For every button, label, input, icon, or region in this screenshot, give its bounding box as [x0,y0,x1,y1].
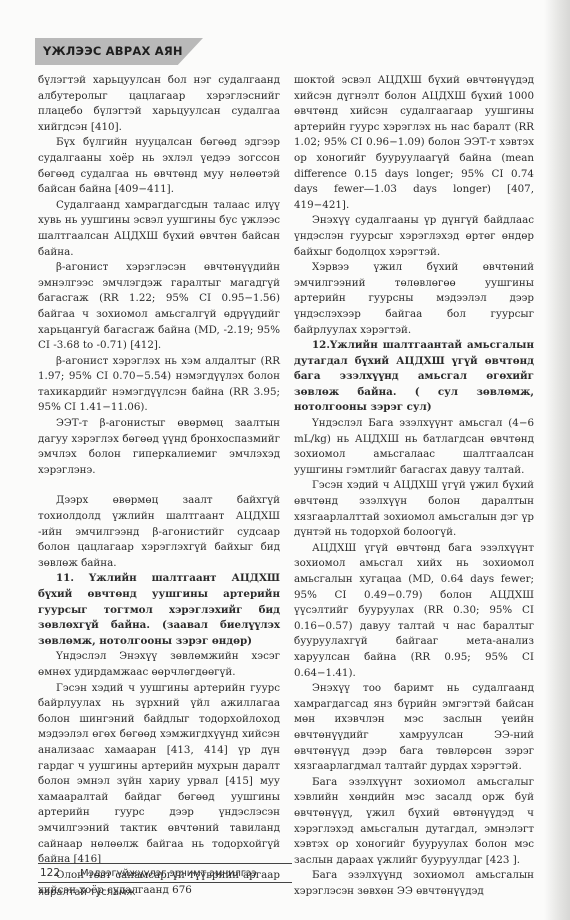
paragraph: Бүх бүлгийн нууцалсан бөгөөд эдгээр суда… [38,135,280,197]
paragraph: Үндэслэл Бага эзэлхүүнт амьсгал (4−6 mL/… [294,416,534,478]
section-title: ҮЖЛЭЭС АВРАХ АЯН [43,44,183,58]
paragraph: Бага эзэлхүүнд зохиомол амьсгалын хэрэгл… [294,868,534,899]
paragraph: β-агонист хэрэглэх нь хэм алдалтыг (RR 1… [38,354,280,416]
paragraph: Гэсэн хэдий ч АЦДХШ үгүй үжил бүхий өвчт… [294,478,534,540]
section-header-tab: ҮЖЛЭЭС АВРАХ АЯН [35,38,203,65]
paragraph: Дээрх өвөрмөц заалт байхгүй тохиолдолд ү… [38,493,280,571]
recommendation-heading-12: 12.Үжлийн шалтгаантай амьсгалын дутагдал… [294,338,534,416]
paragraph: ЭЭТ-т β-агонистыг өвөрмөц заалтын дагуу … [38,416,280,478]
paragraph: Энэхүү судалгааны үр дүнгүй байдлаас үнд… [294,213,534,260]
left-text-column: бүлэгтэй харьцуулсан бол нэг судалгаанд … [38,73,280,899]
page-number: 122 [38,864,80,882]
paragraph: Бага эзэлхүүнт зохиомол амьсгалыг хэвлий… [294,775,534,869]
right-text-column: шоктой эсвэл АЦДХШ бүхий өвчтөнүүдэд хий… [294,73,534,899]
paragraph: Хэрвээ үжил бүхий өвчтөний эмчилгээний т… [294,260,534,338]
paragraph: Судалгаанд хамрагдагсдын талаас илүү хув… [38,198,280,260]
paragraph: Энэхүү тоо баримт нь судалгаанд хамрагда… [294,681,534,775]
paragraph: шоктой эсвэл АЦДХШ бүхий өвчтөнүүдэд хий… [294,73,534,213]
paragraph: β-агонист хэрэглэсэн өвчтөнүүдийн эмнэлг… [38,260,280,354]
recommendation-heading-11: 11. Үжлийн шалтгаант АЦДХШ бүхий өвчтөнд… [38,571,280,649]
paragraph: АЦДХШ үгүй өвчтөнд бага эзэлхүүнт зохиом… [294,541,534,681]
paragraph: бүлэгтэй харьцуулсан бол нэг судалгаанд … [38,73,280,135]
paragraph: Үндэслэл Энэхүү зөвлөмжийн хэсэг өмнөх у… [38,649,280,680]
paragraph: Гэсэн хэдий ч уушгины артерийн гуурс бай… [38,681,280,868]
page-footer: 122Мэдээгүйжүүлэг эрчимт эмчилгээ яаралт… [38,863,292,883]
page-edge-shadow [544,0,570,920]
